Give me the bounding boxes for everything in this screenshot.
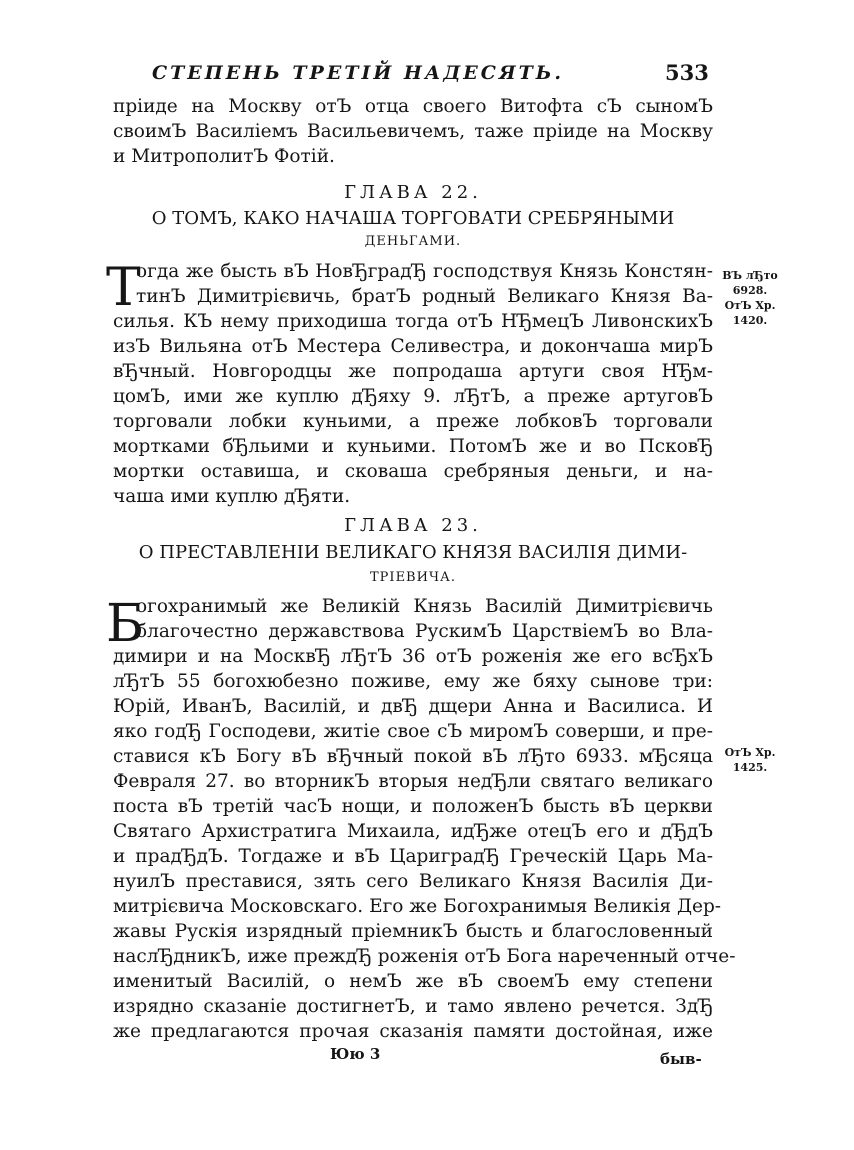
margin-note-line: 6928. [715, 283, 785, 298]
text-line: лЂтЪ 55 богохюбезно поживе, ему же бяху … [113, 670, 713, 694]
chapter-title: О ПРЕСТАВЛЕНІИ ВЕЛИКАГО КНЯЗЯ ВАСИЛІЯ ДИ… [113, 542, 713, 563]
margin-note-line: 1425. [715, 760, 785, 775]
text-line: димири и на МосквЂ лЂтЪ 36 отЪ роженія ж… [113, 645, 713, 669]
text-line: наслЂдникЪ, иже преждЂ роженія отЪ Бога … [113, 945, 713, 969]
text-line: Февраля 27. во вторникЪ вторыя недЂли св… [113, 770, 713, 794]
catchword: быв- [660, 1050, 702, 1068]
text-line: ставися кЪ Богу вЪ вЂчный покой вЪ лЂто … [113, 745, 713, 769]
text-line: поста вЪ третій часЪ нощи, и положенЪ бы… [113, 795, 713, 819]
text-line: пріиде на Москву отЪ отца своего Витофта… [113, 95, 713, 119]
margin-note-date: ВЪ лЂто 6928. ОтЪ Хр. 1420. [715, 268, 785, 328]
page-number: 533 [665, 60, 709, 85]
margin-note-line: ОтЪ Хр. [715, 745, 785, 760]
running-head: СТЕПЕНЬ ТРЕТІЙ НАДЕСЯТЬ. [152, 62, 572, 84]
chapter-title: О ТОМЪ, КАКО НАЧАША ТОРГОВАТИ СРЕБРЯНЫМИ [113, 208, 713, 229]
text-line: жавы Рускія изрядный пріемникЪ бысть и б… [113, 920, 713, 944]
text-line: благочестно державствова РускимЪ Царстві… [136, 620, 713, 644]
text-line: изрядно сказаніе достигнетЪ, и тамо явле… [113, 995, 713, 1019]
text-line: изЪ Вильяна отЪ Местера Селивестра, и до… [113, 335, 713, 359]
text-line: Юрій, ИванЪ, Василій, и двЂ дщери Анна и… [113, 695, 713, 719]
text-line: цомЪ, ими же куплю дЂяху 9. лЂтЪ, а преж… [113, 385, 713, 409]
chapter-title-continued: ТРІЕВИЧА. [113, 570, 713, 585]
text-line: нуилЪ преставися, зять сего Великаго Кня… [113, 870, 713, 894]
text-line: своимЪ Василіемъ Васильевичемъ, таже прі… [113, 120, 713, 144]
text-line: торговали лобки куньими, а преже лобковЪ… [113, 410, 713, 434]
text-line: огохранимый же Великій Князь Василій Дим… [136, 595, 713, 619]
margin-note-line: ВЪ лЂто [715, 268, 785, 283]
text-line: яко годЂ Господеви, житіе свое сЪ миромЪ… [113, 720, 713, 744]
text-line: и МитрополитЪ Фотій. [113, 145, 713, 169]
signature-mark: Юю 3 [330, 1045, 380, 1063]
book-page: СТЕПЕНЬ ТРЕТІЙ НАДЕСЯТЬ. 533 пріиде на М… [0, 0, 854, 1150]
text-line: именитый Василій, о немЪ же вЪ своемЪ ем… [113, 970, 713, 994]
text-line: мортки оставиша, и сковаша сребряныя ден… [113, 460, 713, 484]
text-line: силья. КЪ нему приходиша тогда отЪ НЂмец… [113, 310, 713, 334]
text-line: и прадЂдЪ. Тогдаже и вЪ ЦариградЂ Гречес… [113, 845, 713, 869]
margin-note-line: 1420. [715, 313, 785, 328]
chapter-label: ГЛАВА 22. [113, 182, 713, 203]
margin-note-line: ОтЪ Хр. [715, 298, 785, 313]
text-line: митрієвича Московскаго. Его же Богохрани… [113, 895, 713, 919]
text-line: чаша ими куплю дЂяти. [113, 485, 713, 509]
text-line: мортками бЂльими и куньими. ПотомЪ же и … [113, 435, 713, 459]
text-line: Святаго Архистратига Михаила, идЂже отец… [113, 820, 713, 844]
text-line: огда же бысть вЪ НовЂградЂ господствуя К… [136, 260, 713, 284]
text-line: тинЪ Димитрієвичь, братЪ родный Великаго… [136, 285, 713, 309]
text-line: же предлагаются прочая сказанія памяти д… [113, 1020, 713, 1044]
chapter-title-continued: ДЕНЬГАМИ. [113, 234, 713, 249]
margin-note-date: ОтЪ Хр. 1425. [715, 745, 785, 775]
chapter-label: ГЛАВА 23. [113, 515, 713, 536]
text-line: вЂчный. Новгородцы же попродаша артуги с… [113, 360, 713, 384]
